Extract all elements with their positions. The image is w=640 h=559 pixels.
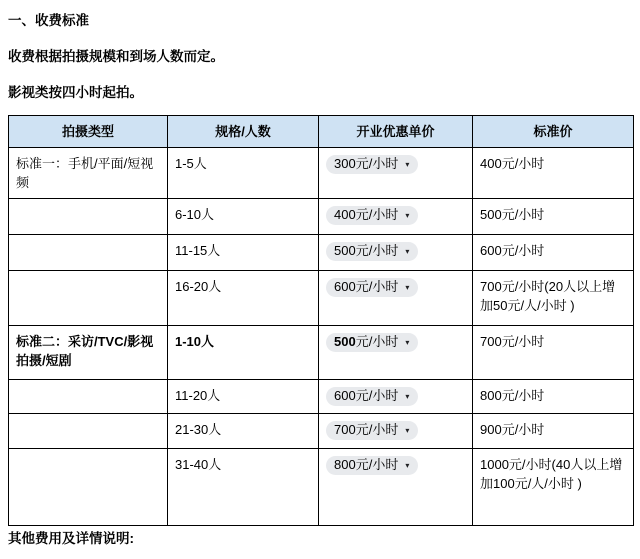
table-row: 16-20人 600元/小时▾ 700元/小时(20人以上增加50元/人/小时 … [9, 271, 634, 326]
standard-price-label: 500元/小时 [480, 207, 544, 222]
cell-spec: 6-10人 [168, 199, 319, 235]
spec-label: 11-15人 [175, 243, 220, 258]
chip-amount: 300 [334, 154, 356, 173]
col-header-opening-promo-price: 开业优惠单价 [319, 116, 473, 148]
cell-promo-price: 600元/小时▾ [319, 380, 473, 414]
cell-spec: 21-30人 [168, 414, 319, 449]
chip-amount: 600 [334, 277, 356, 296]
cell-promo-price: 500元/小时▾ [319, 326, 473, 380]
col-header-standard-price: 标准价 [473, 116, 634, 148]
standard-price-label: 800元/小时 [480, 388, 544, 403]
chevron-down-icon: ▾ [405, 393, 409, 401]
spec-label: 1-5人 [175, 156, 207, 171]
pricing-table: 拍摄类型 规格/人数 开业优惠单价 标准价 标准一：手机/平面/短视频 1-5人… [8, 115, 634, 526]
cell-spec: 16-20人 [168, 271, 319, 326]
table-header-row: 拍摄类型 规格/人数 开业优惠单价 标准价 [9, 116, 634, 148]
chip-unit: 元/小时 [356, 332, 399, 351]
cell-promo-price: 500元/小时▾ [319, 235, 473, 271]
chip-unit: 元/小时 [356, 277, 399, 296]
cell-standard-price: 500元/小时 [473, 199, 634, 235]
table-row: 6-10人 400元/小时▾ 500元/小时 [9, 199, 634, 235]
standard-price-label: 700元/小时(20人以上增加50元/人/小时 ) [480, 279, 615, 313]
col-header-shoot-type: 拍摄类型 [9, 116, 168, 148]
standard-price-label: 400元/小时 [480, 156, 544, 171]
price-dropdown-chip[interactable]: 500元/小时▾ [326, 333, 418, 352]
spec-label: 16-20人 [175, 279, 221, 294]
chip-amount: 600 [334, 386, 356, 405]
table-row: 标准一：手机/平面/短视频 1-5人 300元/小时▾ 400元/小时 [9, 148, 634, 199]
standard-price-label: 900元/小时 [480, 422, 544, 437]
table-row: 31-40人 800元/小时▾ 1000元/小时(40人以上增加100元/人/小… [9, 449, 634, 526]
chip-unit: 元/小时 [356, 154, 399, 173]
cell-standard-price: 1000元/小时(40人以上增加100元/人/小时 ) [473, 449, 634, 526]
price-dropdown-chip[interactable]: 800元/小时▾ [326, 456, 418, 475]
cell-standard-price: 600元/小时 [473, 235, 634, 271]
cell-category [9, 271, 168, 326]
intro-line-minimum-hours: 影视类按四小时起拍。 [8, 85, 632, 101]
cell-category [9, 380, 168, 414]
chip-amount: 500 [334, 332, 356, 351]
chevron-down-icon: ▾ [405, 339, 409, 347]
chip-unit: 元/小时 [356, 241, 399, 260]
category-label: 标准一：手机/平面/短视频 [16, 156, 153, 190]
cell-standard-price: 400元/小时 [473, 148, 634, 199]
table-row: 11-20人 600元/小时▾ 800元/小时 [9, 380, 634, 414]
chevron-down-icon: ▾ [405, 284, 409, 292]
cell-standard-price: 700元/小时(20人以上增加50元/人/小时 ) [473, 271, 634, 326]
cell-promo-price: 600元/小时▾ [319, 271, 473, 326]
standard-price-label: 600元/小时 [480, 243, 544, 258]
chevron-down-icon: ▾ [405, 212, 409, 220]
category-label: 标准二：采访/TVC/影视拍摄/短剧 [16, 334, 153, 368]
spec-label: 1-10人 [175, 334, 214, 349]
cell-promo-price: 400元/小时▾ [319, 199, 473, 235]
chevron-down-icon: ▾ [405, 248, 409, 256]
cell-standard-price: 900元/小时 [473, 414, 634, 449]
standard-price-label: 700元/小时 [480, 334, 544, 349]
cell-spec: 31-40人 [168, 449, 319, 526]
chevron-down-icon: ▾ [405, 462, 409, 470]
standard-price-label: 1000元/小时(40人以上增加100元/人/小时 ) [480, 457, 622, 491]
cell-promo-price: 300元/小时▾ [319, 148, 473, 199]
cell-standard-price: 800元/小时 [473, 380, 634, 414]
price-dropdown-chip[interactable]: 300元/小时▾ [326, 155, 418, 174]
cell-promo-price: 800元/小时▾ [319, 449, 473, 526]
chip-amount: 700 [334, 420, 356, 439]
price-dropdown-chip[interactable]: 500元/小时▾ [326, 242, 418, 261]
page-title: 一、收费标准 [8, 13, 632, 29]
chip-unit: 元/小时 [356, 420, 399, 439]
chip-amount: 500 [334, 241, 356, 260]
spec-label: 21-30人 [175, 422, 221, 437]
other-fees-heading: 其他费用及详情说明: [8, 531, 632, 547]
table-row: 11-15人 500元/小时▾ 600元/小时 [9, 235, 634, 271]
chip-unit: 元/小时 [356, 455, 399, 474]
chip-unit: 元/小时 [356, 386, 399, 405]
chevron-down-icon: ▾ [405, 161, 409, 169]
table-row: 21-30人 700元/小时▾ 900元/小时 [9, 414, 634, 449]
price-dropdown-chip[interactable]: 600元/小时▾ [326, 387, 418, 406]
cell-category [9, 199, 168, 235]
chip-unit: 元/小时 [356, 205, 399, 224]
cell-spec: 1-5人 [168, 148, 319, 199]
cell-category: 标准二：采访/TVC/影视拍摄/短剧 [9, 326, 168, 380]
cell-spec: 11-15人 [168, 235, 319, 271]
spec-label: 6-10人 [175, 207, 214, 222]
chevron-down-icon: ▾ [405, 427, 409, 435]
cell-standard-price: 700元/小时 [473, 326, 634, 380]
spec-label: 31-40人 [175, 457, 221, 472]
chip-amount: 800 [334, 455, 356, 474]
cell-spec: 1-10人 [168, 326, 319, 380]
intro-line-pricing-basis: 收费根据拍摄规模和到场人数而定。 [8, 49, 632, 65]
cell-category [9, 235, 168, 271]
cell-spec: 11-20人 [168, 380, 319, 414]
chip-amount: 400 [334, 205, 356, 224]
cell-category: 标准一：手机/平面/短视频 [9, 148, 168, 199]
price-dropdown-chip[interactable]: 400元/小时▾ [326, 206, 418, 225]
cell-promo-price: 700元/小时▾ [319, 414, 473, 449]
spec-label: 11-20人 [175, 388, 220, 403]
price-dropdown-chip[interactable]: 600元/小时▾ [326, 278, 418, 297]
col-header-spec-headcount: 规格/人数 [168, 116, 319, 148]
table-row: 标准二：采访/TVC/影视拍摄/短剧 1-10人 500元/小时▾ 700元/小… [9, 326, 634, 380]
cell-category [9, 414, 168, 449]
cell-category [9, 449, 168, 526]
price-dropdown-chip[interactable]: 700元/小时▾ [326, 421, 418, 440]
